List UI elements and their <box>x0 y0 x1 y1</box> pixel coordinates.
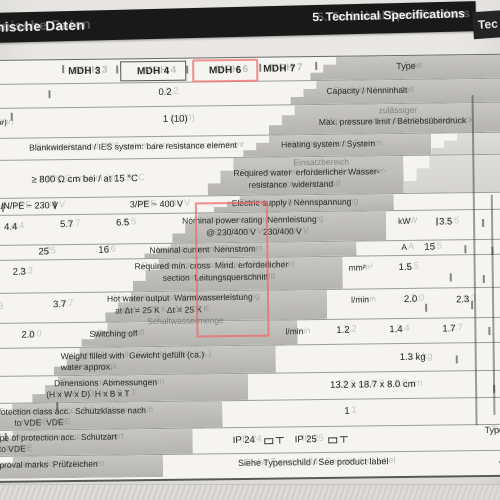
section-title-english: 5. Technical Specifications <box>312 6 465 24</box>
col-header-mdh6: MDH 6 <box>209 65 242 76</box>
protection-class-label-line1: Protection class acc. Schutzklasse nach <box>0 406 146 417</box>
protection-class-value: 1 <box>344 407 349 418</box>
dimensions-label-line1: Dimensions Abmessungen <box>54 378 157 389</box>
divider-tick <box>471 301 473 309</box>
row-water-resistance: Einsatzbereich Required water erforderli… <box>0 155 500 199</box>
current-value-mdh3: 25 <box>38 247 49 258</box>
heating-label: Heating system / System <box>281 139 375 149</box>
red-annotation-box <box>195 202 270 338</box>
pressure-bar-note: (bar) <box>0 119 7 127</box>
divider-tick <box>56 402 58 410</box>
power-unit: kW <box>398 217 410 226</box>
water-resistance-label-line2: resistance widerstand <box>249 180 334 190</box>
divider-tick <box>48 90 50 98</box>
col-header-mdh7: MDH 7 <box>263 63 296 74</box>
hot-water-unit: l/min <box>351 295 369 305</box>
weight-label-line1: Weight filled with Gewicht gefüllt (ca.) <box>61 350 205 361</box>
capacity-value: 0.2 <box>158 88 171 99</box>
hot-water-value-right1: 2.0 <box>404 295 417 306</box>
switching-value-right3: 1.7 <box>442 324 455 335</box>
divider-tick <box>186 66 188 74</box>
cross-section-unit: mm² <box>349 263 366 273</box>
ip25-symbol-icon <box>327 435 351 445</box>
hot-water-value-right2: 2.3 <box>456 295 469 306</box>
divider-tick <box>456 355 458 363</box>
divider-tick <box>488 327 490 335</box>
divider-tick <box>62 65 64 73</box>
hot-water-label-line2: at Δt = 25 K Δt = 25 K <box>115 305 202 315</box>
type-label: Type <box>396 62 416 72</box>
power-value-right: 3.5 <box>439 217 452 228</box>
label-band-soft <box>403 155 500 193</box>
switching-label: Switching off <box>89 329 137 339</box>
scanned-manual-page: Technische Daten 5. Technical Specificat… <box>0 0 500 500</box>
supply-value-230: 1/N/PE ~ 230 V <box>0 201 58 212</box>
dimensions-value: 13.2 x 18.7 x 8.0 cm <box>330 380 416 391</box>
protection-type-edge-fragment: Type o <box>485 426 500 436</box>
supply-value-400: 3/PE ~ 400 V <box>130 200 183 211</box>
heating-value: Blankwiderstand / IES system: bare resis… <box>29 141 237 153</box>
col-header-mdh4-box: MDH 4 <box>120 61 186 82</box>
cross-section-value: 2.3 <box>13 268 26 279</box>
pressure-label-de-top: zulässiger <box>379 106 417 116</box>
col-header-mdh3: MDH 3 <box>68 66 101 77</box>
power-value-mdh6: 6.5 <box>116 218 129 229</box>
hot-water-value-mdh4: 3.7 <box>53 300 66 311</box>
protection-class-label-line2: to VDE VDE <box>14 418 63 428</box>
protection-type-label-line2: to VDE <box>0 445 26 455</box>
divider-tick <box>464 245 466 253</box>
ip25-rating: IP 25 <box>295 435 317 446</box>
scanner-background-strip <box>0 484 500 500</box>
current-value-mdh4: 16 <box>98 246 109 257</box>
power-value-mdh4: 5.7 <box>60 220 73 231</box>
label-band-soft <box>431 133 500 155</box>
divider-tick <box>450 273 452 281</box>
protection-type-label-line1: Type of protection acc. Schutzart <box>0 433 117 444</box>
weight-value: 1.3 kg <box>400 353 426 364</box>
divider-tick <box>483 275 485 283</box>
divider-tick <box>425 304 427 312</box>
cross-section-value-right: 1.5 <box>399 263 412 274</box>
divider-tick <box>116 65 118 73</box>
divider-tick <box>5 433 7 441</box>
pressure-label: Max. pressure limit / Betriebsüberdruck <box>319 116 466 127</box>
approval-label: Approval marks Prüfzeichen <box>0 460 98 471</box>
capacity-label: Capacity / Nenninhalt <box>326 86 407 96</box>
water-resistance-label-line1: Required water erforderlicher Wasser- <box>233 167 379 178</box>
divider-tick <box>315 62 317 70</box>
switching-value-right2: 1.4 <box>389 325 402 336</box>
weight-label-line2: water approx. <box>61 363 113 373</box>
dimensions-label-line2: (H x W x D) H x B x T <box>46 389 130 399</box>
divider-tick <box>482 219 484 227</box>
switching-value: 2.0 <box>21 331 34 342</box>
ip24-symbol-icon <box>263 435 287 445</box>
section-title-german: Technische Daten <box>0 18 85 36</box>
divider-tick <box>54 201 56 209</box>
water-resistance-value: ≥ 800 Ω cm bei / at 15 °C <box>31 174 138 186</box>
section-header-bar: Technische Daten 5. Technical Specificat… <box>0 1 476 43</box>
divider-tick <box>2 204 4 212</box>
col-header-mdh6-highlight: MDH 6 <box>192 59 258 83</box>
switching-unit: l/min <box>285 327 303 337</box>
approval-value: Siehe Typenschild / See product label <box>238 457 389 469</box>
switching-value-right1: 1.2 <box>336 326 349 337</box>
divider-tick <box>11 113 13 121</box>
pressure-value: 1 (10) <box>163 115 188 126</box>
spec-table: MDH 3 MDH 4 MDH 6 MDH 7 Type 0.2 Capacit… <box>0 54 500 483</box>
spec-table-sheet: MDH 3 MDH 4 MDH 6 MDH 7 Type 0.2 Capacit… <box>0 48 500 496</box>
current-value-right: 15 <box>424 243 435 254</box>
ip24-rating: IP 24 <box>233 436 255 447</box>
power-value-mdh3: 4.4 <box>4 223 17 234</box>
header-bar-edge-fragment: Tec <box>472 10 500 39</box>
col-header-mdh4: MDH 4 <box>137 65 170 76</box>
divider-tick <box>259 64 261 72</box>
current-unit: A <box>401 243 407 252</box>
divider-tick <box>436 218 438 226</box>
